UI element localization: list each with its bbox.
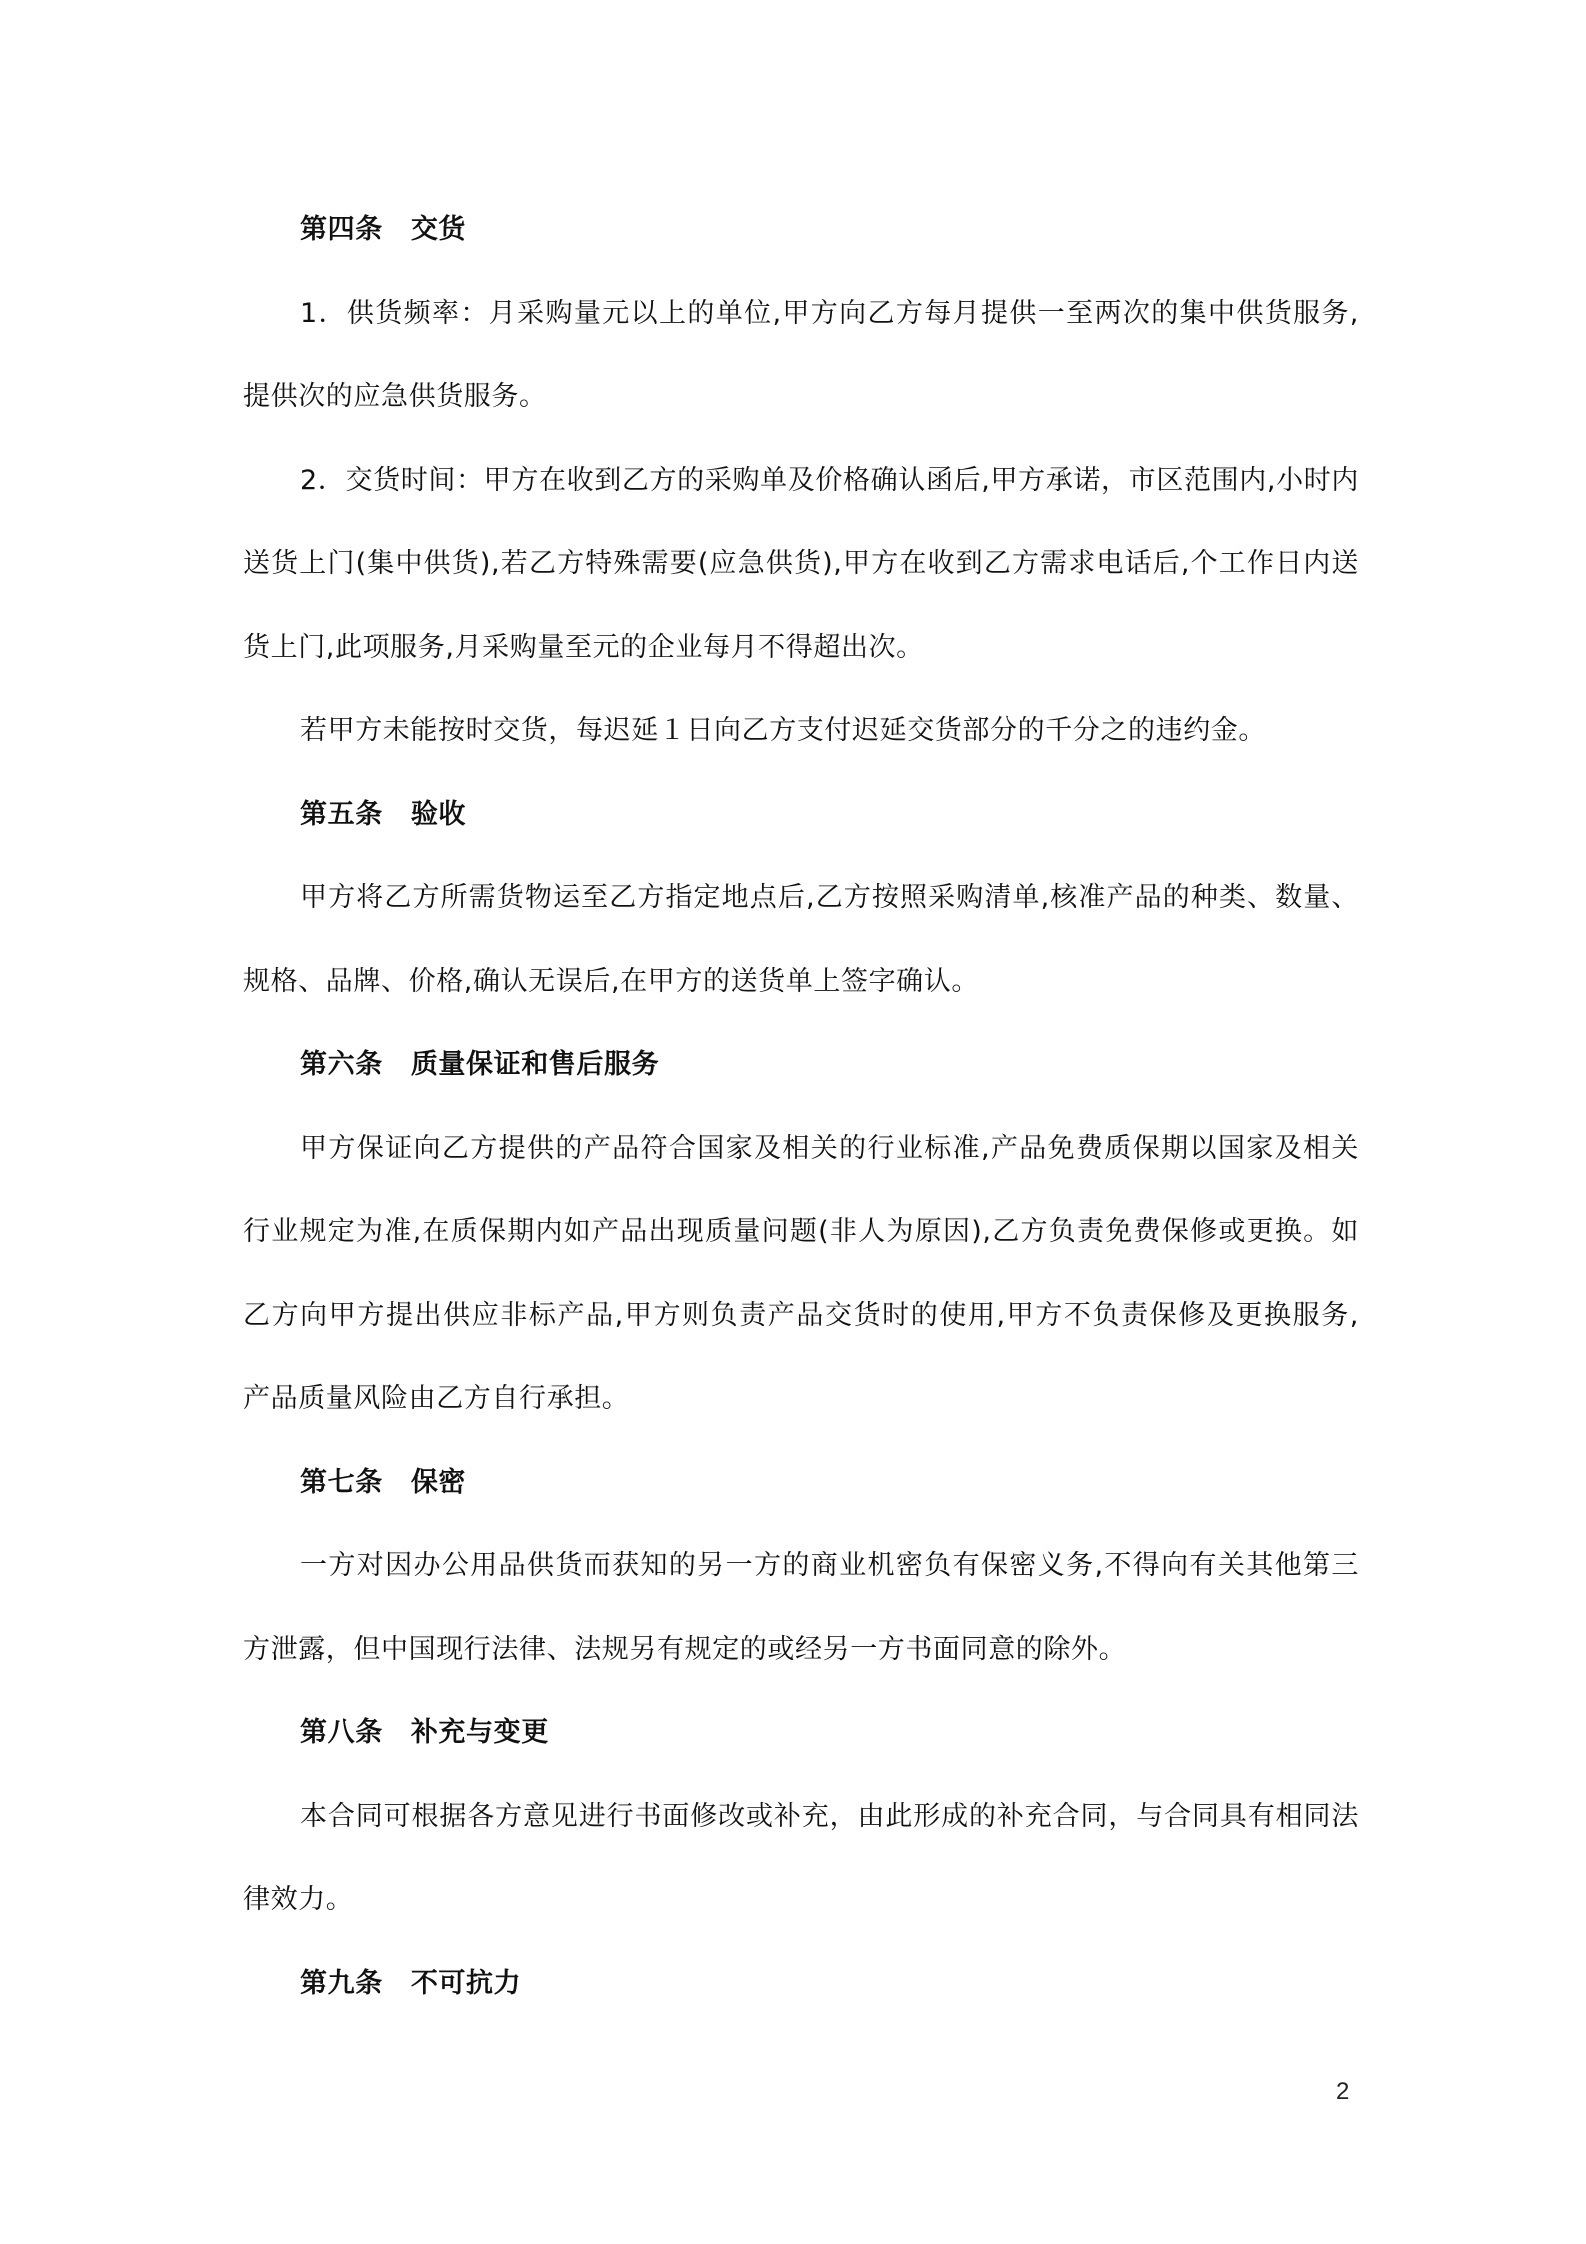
article-number: 第六条	[300, 1049, 383, 1080]
paragraph-line: 规格、品牌、价格,确认无误后,在甲方的送货单上签字确认。	[243, 940, 1359, 1024]
document-body: 第四条交货 1．供货频率：月采购量元以上的单位,甲方向乙方每月提供一至两次的集中…	[243, 188, 1359, 2025]
paragraph-line: 产品质量风险由乙方自行承担。	[243, 1357, 1359, 1441]
article-number: 第七条	[300, 1467, 383, 1498]
paragraph-line: 行业规定为准,在质保期内如产品出现质量问题(非人为原因),乙方负责免费保修或更换…	[243, 1190, 1359, 1274]
paragraph-line: 方泄露，但中国现行法律、法规另有规定的或经另一方书面同意的除外。	[243, 1608, 1359, 1692]
section-heading-article-9: 第九条不可抗力	[243, 1942, 1359, 2026]
article-number: 第九条	[300, 1968, 383, 1999]
paragraph-line: 甲方将乙方所需货物运至乙方指定地点后,乙方按照采购清单,核准产品的种类、数量、	[243, 856, 1359, 940]
document-page: 第四条交货 1．供货频率：月采购量元以上的单位,甲方向乙方每月提供一至两次的集中…	[0, 0, 1586, 2244]
section-heading-article-8: 第八条补充与变更	[243, 1691, 1359, 1775]
article-title: 质量保证和售后服务	[411, 1049, 659, 1080]
section-heading-article-5: 第五条验收	[243, 773, 1359, 857]
article-title: 不可抗力	[411, 1968, 521, 1999]
paragraph-line: 1．供货频率：月采购量元以上的单位,甲方向乙方每月提供一至两次的集中供货服务,	[243, 272, 1359, 356]
section-heading-article-4: 第四条交货	[243, 188, 1359, 272]
paragraph-line: 若甲方未能按时交货，每迟延１日向乙方支付迟延交货部分的千分之的违约金。	[243, 689, 1359, 773]
paragraph-line: 律效力。	[243, 1858, 1359, 1942]
paragraph-line: 提供次的应急供货服务。	[243, 355, 1359, 439]
article-number: 第四条	[300, 214, 383, 245]
paragraph-line: 货上门,此项服务,月采购量至元的企业每月不得超出次。	[243, 606, 1359, 690]
article-number: 第五条	[300, 799, 383, 830]
section-heading-article-6: 第六条质量保证和售后服务	[243, 1023, 1359, 1107]
article-title: 保密	[411, 1467, 466, 1498]
page-number: 2	[1336, 2078, 1349, 2106]
paragraph-line: 送货上门(集中供货),若乙方特殊需要(应急供货),甲方在收到乙方需求电话后,个工…	[243, 522, 1359, 606]
article-title: 验收	[411, 799, 466, 830]
paragraph-line: 2．交货时间：甲方在收到乙方的采购单及价格确认函后,甲方承诺，市区范围内,小时内	[243, 439, 1359, 523]
paragraph-line: 甲方保证向乙方提供的产品符合国家及相关的行业标准,产品免费质保期以国家及相关	[243, 1107, 1359, 1191]
paragraph-line: 本合同可根据各方意见进行书面修改或补充，由此形成的补充合同，与合同具有相同法	[243, 1775, 1359, 1859]
article-title: 交货	[411, 214, 466, 245]
article-number: 第八条	[300, 1717, 383, 1748]
paragraph-line: 一方对因办公用品供货而获知的另一方的商业机密负有保密义务,不得向有关其他第三	[243, 1524, 1359, 1608]
paragraph-line: 乙方向甲方提出供应非标产品,甲方则负责产品交货时的使用,甲方不负责保修及更换服务…	[243, 1274, 1359, 1358]
section-heading-article-7: 第七条保密	[243, 1441, 1359, 1525]
article-title: 补充与变更	[411, 1717, 549, 1748]
